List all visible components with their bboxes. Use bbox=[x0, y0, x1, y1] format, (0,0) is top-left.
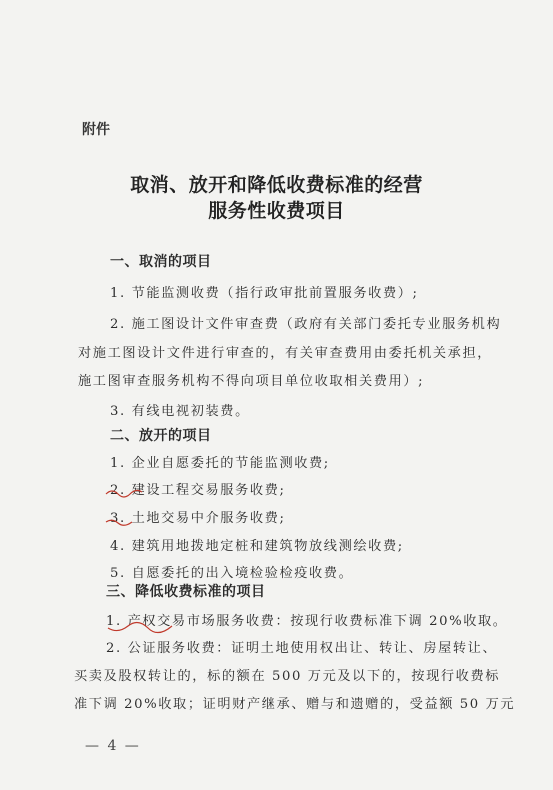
list-item: 5. 自愿委托的出入境检验检疫收费。 bbox=[110, 562, 353, 581]
section-heading-reduce: 三、降低收费标准的项目 bbox=[106, 581, 266, 601]
document-page: 附件 取消、放开和降低收费标准的经营 服务性收费项目 一、取消的项目 1. 节能… bbox=[0, 0, 553, 790]
list-item: 2. 建设工程交易服务收费; bbox=[110, 479, 286, 498]
list-item: 3. 有线电视初装费。 bbox=[110, 400, 250, 419]
document-title-line2: 服务性收费项目 bbox=[0, 196, 553, 223]
list-item: 1. 企业自愿委托的节能监测收费; bbox=[110, 452, 330, 471]
list-item: 2. 施工图设计文件审查费（政府有关部门委托专业服务机构 bbox=[110, 313, 501, 332]
list-item-continuation: 施工图审查服务机构不得向项目单位收取相关费用）; bbox=[78, 370, 424, 389]
list-item: 3. 土地交易中介服务收费; bbox=[110, 507, 286, 526]
list-item: 2. 公证服务收费：证明土地使用权出让、转让、房屋转让、 bbox=[106, 637, 497, 656]
list-item: 1. 节能监测收费（指行政审批前置服务收费）; bbox=[110, 282, 419, 301]
list-item: 4. 建筑用地拨地定桩和建筑物放线测绘收费; bbox=[110, 535, 404, 554]
attachment-label: 附件 bbox=[82, 119, 110, 139]
list-item-continuation: 准下调 20%收取；证明财产继承、赠与和遗赠的，受益额 50 万元 bbox=[74, 693, 515, 712]
section-heading-liberalize: 二、放开的项目 bbox=[110, 425, 212, 445]
page-number: — 4 — bbox=[85, 738, 141, 754]
list-item-continuation: 对施工图设计文件进行审查的，有关审查费用由委托机关承担， bbox=[78, 342, 492, 361]
section-heading-cancel: 一、取消的项目 bbox=[110, 251, 212, 271]
document-title-line1: 取消、放开和降低收费标准的经营 bbox=[0, 170, 553, 197]
list-item-continuation: 买卖及股权转让的，标的额在 500 万元及以下的，按现行收费标 bbox=[74, 665, 500, 684]
list-item: 1. 产权交易市场服务收费：按现行收费标准下调 20%收取。 bbox=[106, 610, 508, 629]
